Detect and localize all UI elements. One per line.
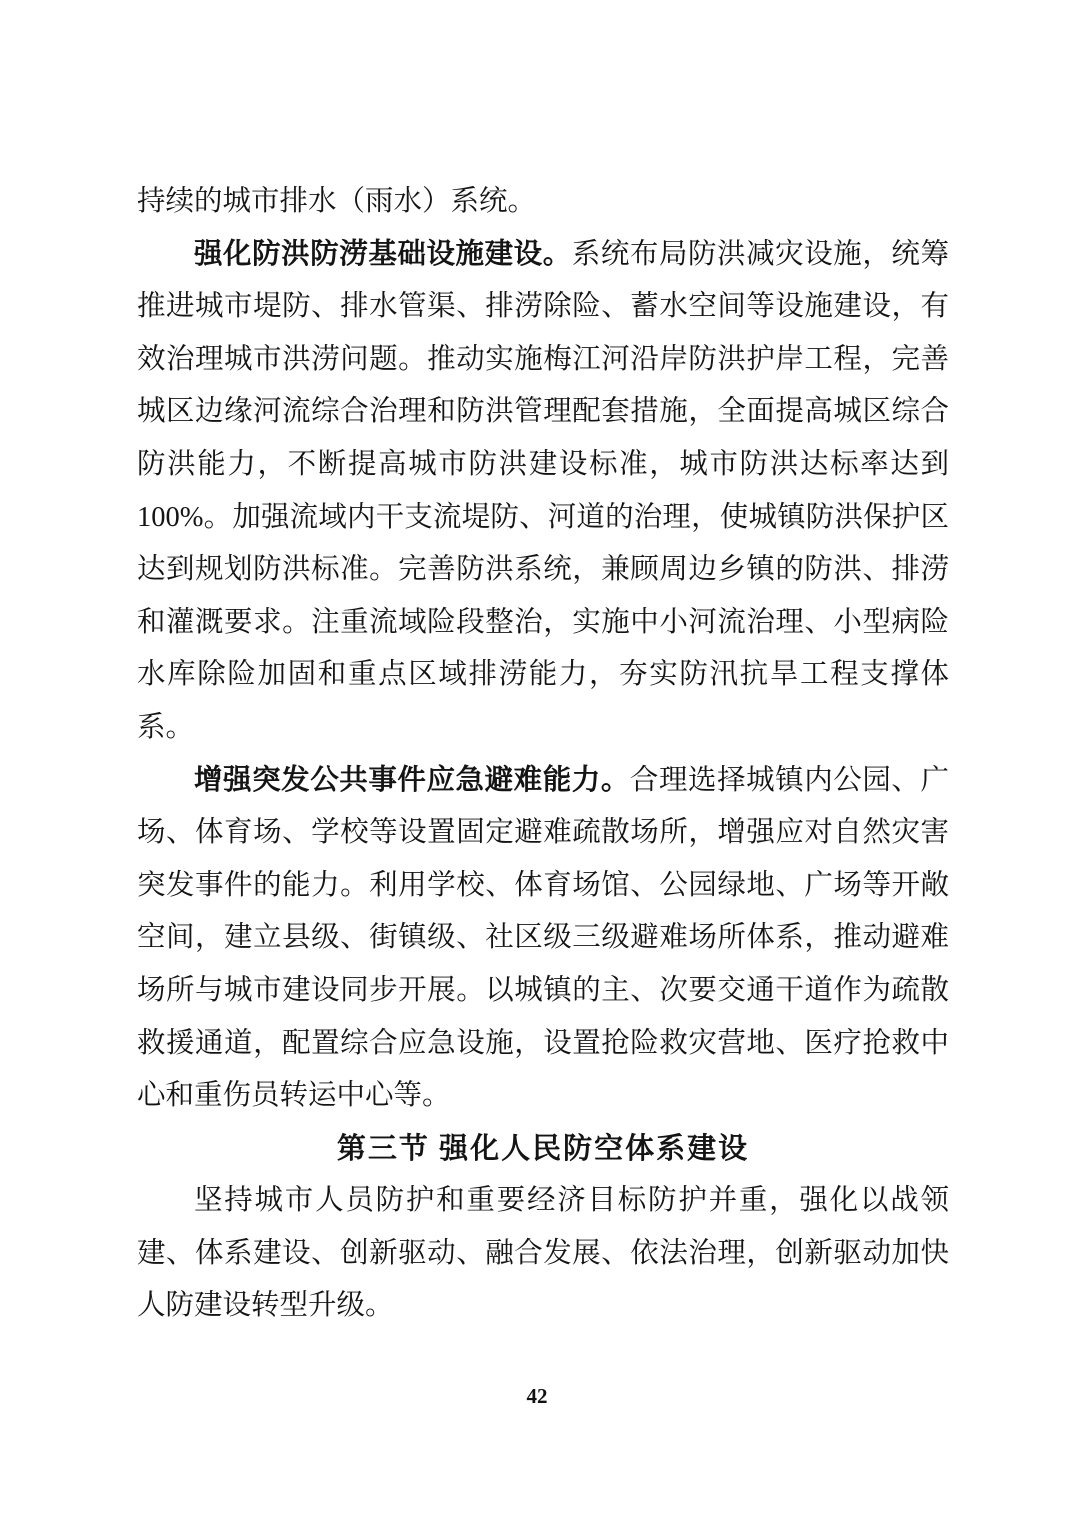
- paragraph: 强化防洪防涝基础设施建设。系统布局防洪减灾设施，统筹推进城市堤防、排水管渠、排涝…: [137, 229, 949, 755]
- section-heading: 第三节 强化人民防空体系建设: [137, 1123, 949, 1176]
- document-body: 持续的城市排水（雨水）系统。强化防洪防涝基础设施建设。系统布局防洪减灾设施，统筹…: [137, 176, 949, 1333]
- paragraph: 坚持城市人员防护和重要经济目标防护并重，强化以战领建、体系建设、创新驱动、融合发…: [137, 1175, 949, 1333]
- paragraph-text: 坚持城市人员防护和重要经济目标防护并重，强化以战领建、体系建设、创新驱动、融合发…: [137, 1185, 949, 1321]
- page-number: 42: [0, 1384, 1074, 1409]
- paragraph-lead: 强化防洪防涝基础设施建设。: [194, 239, 572, 270]
- document-page: 持续的城市排水（雨水）系统。强化防洪防涝基础设施建设。系统布局防洪减灾设施，统筹…: [0, 0, 1074, 1519]
- paragraph-text: 系统布局防洪减灾设施，统筹推进城市堤防、排水管渠、排涝除险、蓄水空间等设施建设，…: [137, 239, 949, 743]
- paragraph: 增强突发公共事件应急避难能力。合理选择城镇内公园、广场、体育场、学校等设置固定避…: [137, 755, 949, 1123]
- paragraph-text: 持续的城市排水（雨水）系统。: [137, 186, 536, 217]
- paragraph-text: 合理选择城镇内公园、广场、体育场、学校等设置固定避难疏散场所，增强应对自然灾害突…: [137, 765, 949, 1112]
- paragraph: 持续的城市排水（雨水）系统。: [137, 176, 949, 229]
- paragraph-lead: 增强突发公共事件应急避难能力。: [194, 765, 630, 796]
